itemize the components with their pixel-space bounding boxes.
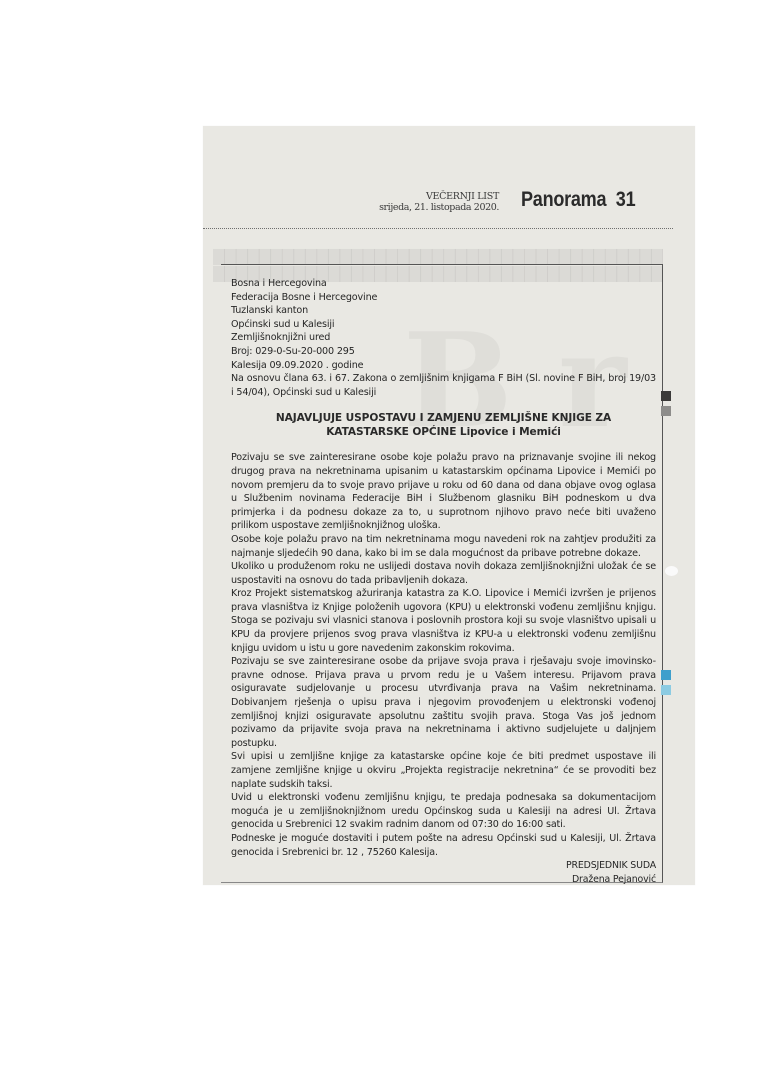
notice-header: Bosna i Hercegovina Federacija Bosne i H… [231, 277, 656, 372]
signature-name: Dražena Pejanović [231, 873, 656, 887]
newspaper-name: VEČERNJI LIST [426, 191, 499, 202]
header-canton: Tuzlanski kanton [231, 304, 656, 318]
paragraph: Osobe koje polažu pravo na tim nekretnin… [231, 533, 656, 560]
notice-headline: NAJAVLJUJE USPOSTAVU I ZAMJENU ZEMLJIŠNE… [231, 411, 656, 439]
signature-block: PREDSJEDNIK SUDA Dražena Pejanović [231, 859, 656, 887]
section-title: Panorama 31 [521, 188, 635, 212]
dotted-divider [203, 228, 673, 229]
color-registration-mark-dark [661, 391, 671, 401]
court-notice: Bosna i Hercegovina Federacija Bosne i H… [221, 264, 663, 883]
paragraph: Uvid u elektronski vođenu zemljišnu knji… [231, 791, 656, 832]
paragraph: Podneske je moguće dostaviti i putem poš… [231, 832, 656, 859]
notice-body: Pozivaju se sve zainteresirane osobe koj… [231, 451, 656, 859]
paragraph: Svi upisi u zemljišne knjige za katastar… [231, 750, 656, 791]
color-registration-mark-light-blue [661, 685, 671, 695]
newspaper-clipping: VEČERNJI LIST srijeda, 21. listopada 202… [203, 126, 695, 885]
header-country: Bosna i Hercegovina [231, 277, 656, 291]
legal-basis: Na osnovu člana 63. i 67. Zakona o zemlj… [231, 372, 656, 399]
paragraph: Pozivaju se sve zainteresirane osobe da … [231, 655, 656, 750]
header-office: Zemljišnoknjižni ured [231, 331, 656, 345]
headline-line-1: NAJAVLJUJE USPOSTAVU I ZAMJENU ZEMLJIŠNE… [231, 411, 656, 425]
color-registration-mark-gray [661, 406, 671, 416]
paragraph: Kroz Projekt sistematskog ažuriranja kat… [231, 587, 656, 655]
header-date: Kalesija 09.09.2020 . godine [231, 359, 656, 373]
header-case-number: Broj: 029-0-Su-20-000 295 [231, 345, 656, 359]
header-court: Općinski sud u Kalesiji [231, 318, 656, 332]
headline-line-2: KATASTARSKE OPĆINE Lipovice i Memići [231, 425, 656, 439]
paper-tear-spot [665, 566, 678, 576]
paragraph: Pozivaju se sve zainteresirane osobe koj… [231, 451, 656, 533]
publication-date: srijeda, 21. listopada 2020. [379, 202, 499, 213]
signature-title: PREDSJEDNIK SUDA [231, 859, 656, 873]
page-number: 31 [616, 188, 636, 211]
paragraph: Ukoliko u produženom roku ne uslijedi do… [231, 560, 656, 587]
color-registration-mark-blue [661, 670, 671, 680]
section-name: Panorama [521, 188, 606, 211]
masthead: VEČERNJI LIST srijeda, 21. listopada 202… [203, 188, 695, 218]
header-federation: Federacija Bosne i Hercegovine [231, 291, 656, 305]
